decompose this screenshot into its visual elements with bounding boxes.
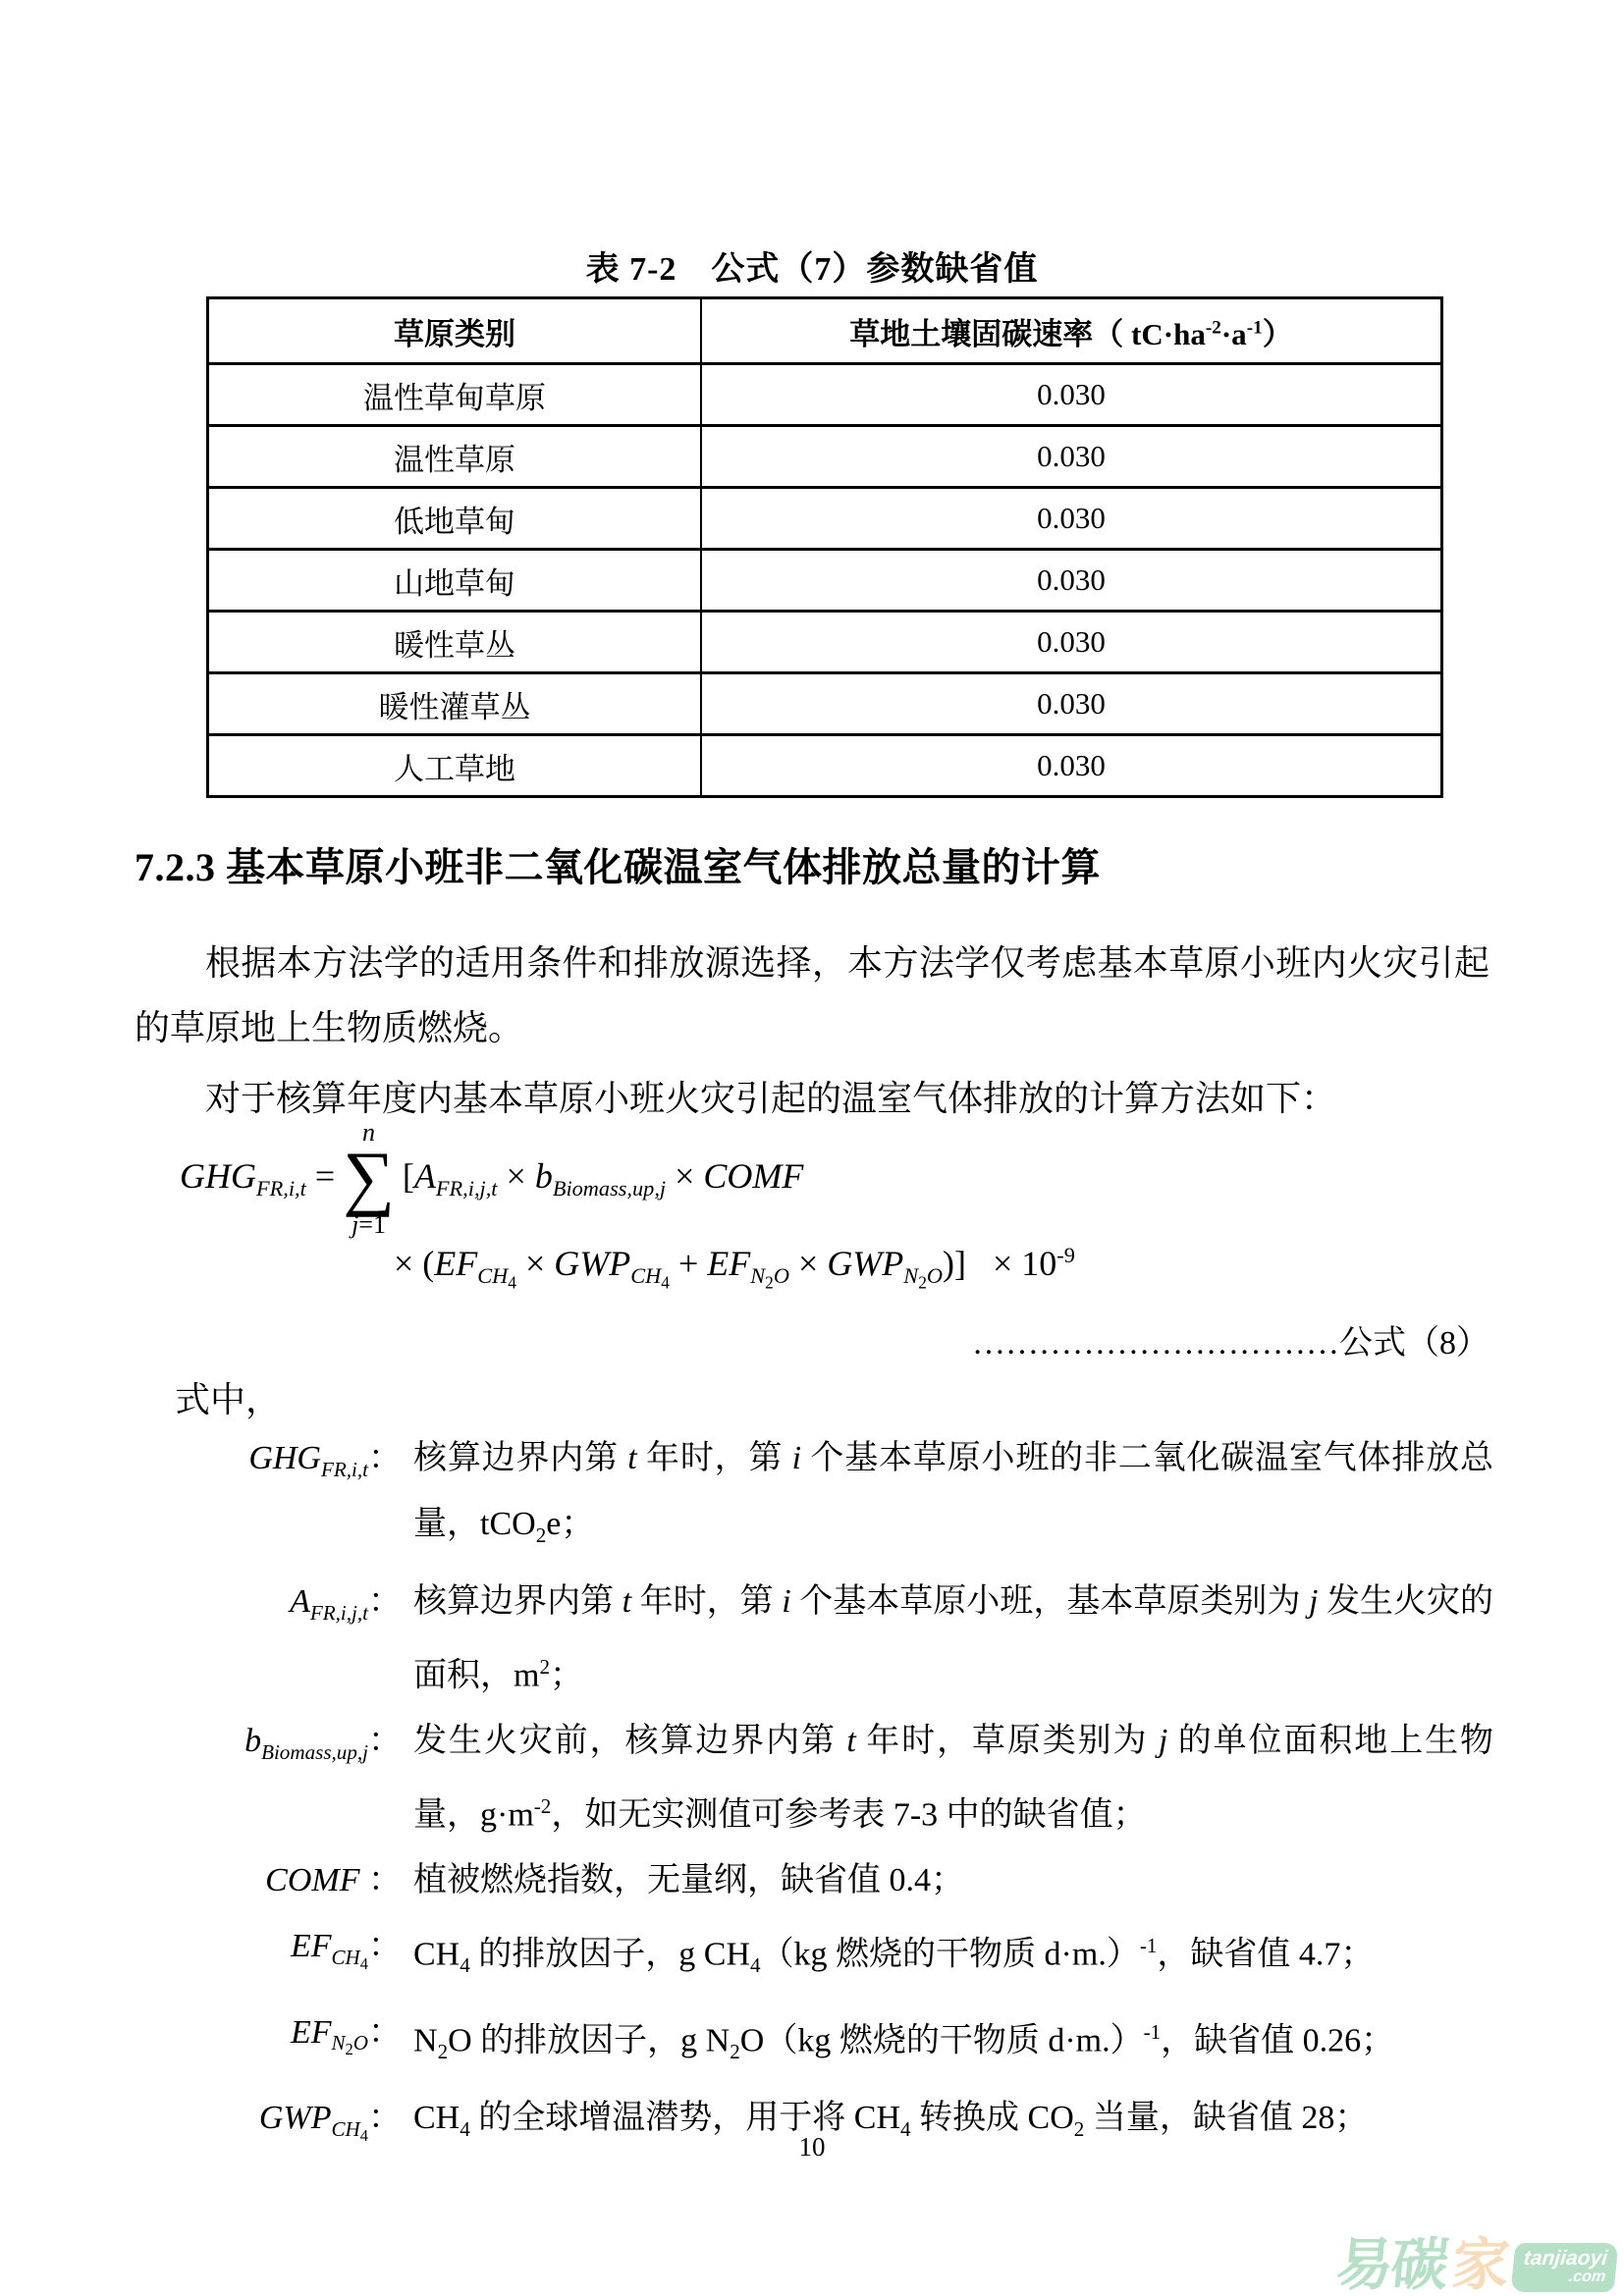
watermark-orange-char: 家 (1449, 2237, 1510, 2294)
definition-item: AFR,i,j,t： 核算边界内第 t 年时，第 i 个基本草原小班，基本草原类… (135, 1569, 1493, 1708)
definition-text: CH4 的排放因子，g CH4（kg 燃烧的干物质 d·m.）-1，缺省值 4.… (402, 1913, 1493, 1999)
value-cell: 0.030 (701, 550, 1442, 612)
value-cell: 0.030 (701, 735, 1442, 797)
formula-line-2: × (EFCH4 × GWPCH4 + EFN2O × GWPN2O)] × 1… (394, 1243, 1489, 1294)
definition-term: COMF ： (135, 1847, 402, 1913)
definition-item: EFCH4： CH4 的排放因子，g CH4（kg 燃烧的干物质 d·m.）-1… (135, 1913, 1493, 1999)
definition-text: 核算边界内第 t 年时，第 i 个基本草原小班的非二氧化碳温室气体排放总量，tC… (402, 1425, 1493, 1569)
sigma-glyph: ∑ (343, 1144, 395, 1212)
page-number: 10 (0, 2132, 1624, 2163)
table-row: 温性草甸草原 0.030 (208, 364, 1442, 426)
category-cell: 温性草原 (208, 426, 702, 488)
definition-list: GHGFR,i,t： 核算边界内第 t 年时，第 i 个基本草原小班的非二氧化碳… (135, 1425, 1493, 2168)
value-cell: 0.030 (701, 364, 1442, 426)
formula-line1-terms: [AFR,i,j,t × bBiomass,up,j × COMF (403, 1155, 804, 1201)
summation-symbol: n ∑ j=1 (343, 1120, 395, 1238)
table-row: 人工草地 0.030 (208, 735, 1442, 797)
definition-text: N2O 的排放因子，g N2O（kg 燃烧的干物质 d·m.）-1，缺省值 0.… (402, 2000, 1493, 2085)
value-cell: 0.030 (701, 488, 1442, 550)
header-category: 草原类别 (208, 298, 702, 364)
definition-text: 核算边界内第 t 年时，第 i 个基本草原小班，基本草原类别为 j 发生火灾的面… (402, 1569, 1493, 1708)
category-cell: 温性草甸草原 (208, 364, 702, 426)
table-caption: 表 7-2 公式（7）参数缺省值 (135, 241, 1489, 290)
paragraph-scope: 根据本方法学的适用条件和排放源选择，本方法学仅考虑基本草原小班内火灾引起的草原地… (135, 931, 1489, 1060)
default-values-table: 草原类别 草地土壤固碳速率（ tC·ha-2·a-1） 温性草甸草原 0.030… (206, 296, 1443, 798)
table-row: 暖性草丛 0.030 (208, 612, 1442, 673)
section-heading: 7.2.3 基本草原小班非二氧化碳温室气体排放总量的计算 (135, 836, 1568, 892)
tanjiaoyi-watermark: 易碳 家 tanjiaoyi .com (1336, 2237, 1616, 2294)
definition-item: COMF ： 植被燃烧指数，无量纲，缺省值 0.4； (135, 1847, 1493, 1913)
definition-term: EFN2O： (135, 2000, 402, 2083)
category-cell: 暖性灌草丛 (208, 673, 702, 735)
definition-term: GHGFR,i,t： (135, 1425, 402, 1503)
equation-number-label: ……………………………公式（8） (180, 1315, 1489, 1363)
table-row: 温性草原 0.030 (208, 426, 1442, 488)
category-cell: 暖性草丛 (208, 612, 702, 673)
definition-text: 发生火灾前，核算边界内第 t 年时，草原类别为 j 的单位面积地上生物量，g·m… (402, 1708, 1493, 1847)
definition-item: GHGFR,i,t： 核算边界内第 t 年时，第 i 个基本草原小班的非二氧化碳… (135, 1425, 1493, 1569)
formula-line-1: GHGFR,i,t = n ∑ j=1 [AFR,i,j,t × bBiomas… (180, 1119, 1489, 1239)
definition-item: EFN2O： N2O 的排放因子，g N2O（kg 燃烧的干物质 d·m.）-1… (135, 2000, 1493, 2085)
watermark-badge: tanjiaoyi .com (1510, 2243, 1618, 2292)
where-label: 式中， (175, 1372, 281, 1422)
value-cell: 0.030 (701, 426, 1442, 488)
sum-lower-limit: j=1 (352, 1212, 386, 1238)
equation-8: GHGFR,i,t = n ∑ j=1 [AFR,i,j,t × bBiomas… (180, 1119, 1489, 1363)
definition-term: EFCH4： (135, 1913, 402, 1997)
value-cell: 0.030 (701, 612, 1442, 673)
table-header-row: 草原类别 草地土壤固碳速率（ tC·ha-2·a-1） (208, 298, 1442, 364)
document-page: 表 7-2 公式（7）参数缺省值 草原类别 草地土壤固碳速率（ tC·ha-2·… (0, 0, 1624, 2296)
definition-term: bBiomass,up,j： (135, 1708, 402, 1786)
definition-item: bBiomass,up,j： 发生火灾前，核算边界内第 t 年时，草原类别为 j… (135, 1708, 1493, 1847)
watermark-green-chars: 易碳 (1333, 2237, 1449, 2294)
formula-lhs: GHGFR,i,t = (180, 1155, 335, 1201)
category-cell: 低地草甸 (208, 488, 702, 550)
header-rate: 草地土壤固碳速率（ tC·ha-2·a-1） (701, 298, 1442, 364)
definition-term: AFR,i,j,t： (135, 1569, 402, 1646)
watermark-domain: tanjiaoyi (1523, 2248, 1609, 2269)
category-cell: 山地草甸 (208, 550, 702, 612)
table-row: 山地草甸 0.030 (208, 550, 1442, 612)
watermark-tld: .com (1568, 2269, 1606, 2286)
value-cell: 0.030 (701, 673, 1442, 735)
table-row: 低地草甸 0.030 (208, 488, 1442, 550)
table-row: 暖性灌草丛 0.030 (208, 673, 1442, 735)
category-cell: 人工草地 (208, 735, 702, 797)
definition-text: 植被燃烧指数，无量纲，缺省值 0.4； (402, 1847, 1493, 1913)
